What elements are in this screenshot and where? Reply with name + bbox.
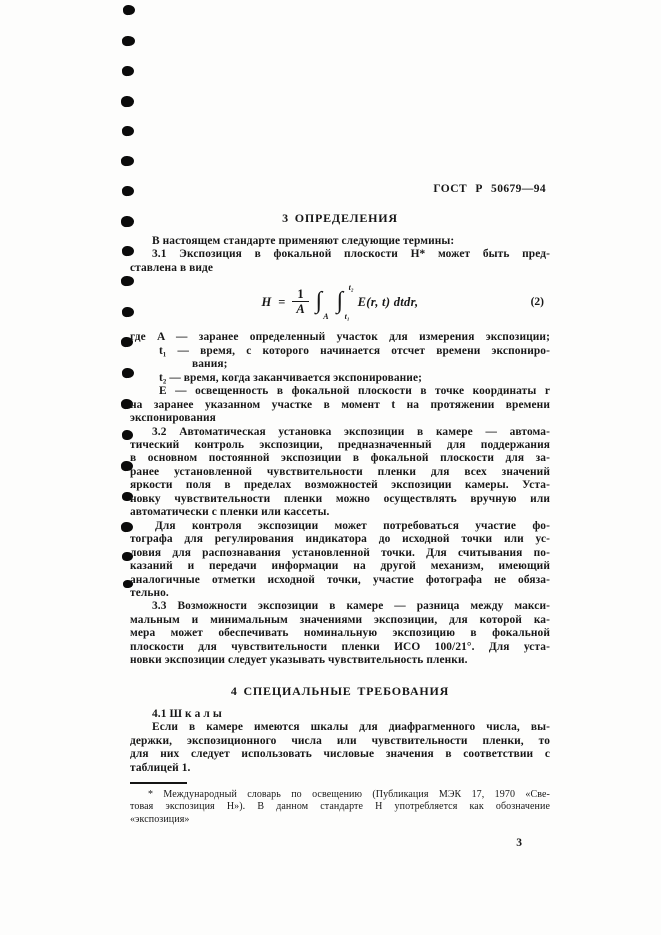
text-line: ловия для распознавания установленной то… (130, 547, 550, 560)
text-line: казаний и передачи информации на другой … (130, 560, 550, 573)
text-line: аналогичные отметки исходной точки, учас… (130, 574, 550, 587)
text-line: тический контроль экспозиции, предназнач… (130, 439, 550, 452)
fraction-denominator: A (296, 302, 304, 316)
text-line: для них следует использовать числовые зн… (130, 748, 550, 761)
text-line: t₁ — время, с которого начинается отсчет… (130, 345, 550, 358)
text-line: новки экспозиции следует указывать чувст… (130, 654, 550, 667)
paragraph-4-1-body: Если в камере имеются шкалы для диафрагм… (130, 721, 550, 775)
scan-artifact (121, 156, 135, 167)
document-number-header: ГОСТ Р 50679—94 (130, 183, 550, 195)
fraction-numerator: 1 (292, 288, 308, 302)
formula-number: (2) (531, 296, 544, 308)
text-after-formula: где A — заранее определенный участок для… (130, 331, 550, 775)
text-line: яркости поля в пределах возможностей экс… (130, 479, 550, 492)
formula-equals: = (278, 295, 285, 310)
integral-over-time: t₂ ∫ t₁ (337, 285, 351, 319)
paragraph-3-1: 3.1 Экспозиция в фокальной плоскости H* … (130, 248, 550, 275)
paragraph-3-2: 3.2 Автоматическая установка экспозиции … (130, 426, 550, 520)
text-line: товая экспозиция H»). В данном стандарте… (130, 801, 550, 813)
text-line: мальным и минимальным значениями экспози… (130, 614, 550, 627)
text-line: вания; (130, 358, 550, 371)
formula-lhs: H (262, 295, 272, 310)
text-line: Если в камере имеются шкалы для диафрагм… (130, 721, 550, 734)
text-line: тографа для регулирования индикатора до … (130, 533, 550, 546)
text-before-formula: 3 ОПРЕДЕЛЕНИЯВ настоящем стандарте приме… (130, 211, 550, 275)
integral-upper-limit: t₂ (349, 283, 354, 292)
scanned-document-page: ГОСТ Р 50679—94 3 ОПРЕДЕЛЕНИЯВ настоящем… (0, 0, 661, 935)
integral-lower-limit: t₁ (345, 312, 350, 321)
text-line: В настоящем стандарте применяют следующи… (130, 235, 550, 248)
text-line: новку чувствительности пленки можно осущ… (130, 493, 550, 506)
scan-artifact (122, 66, 135, 77)
exposure-formula: H = 1 A ∫ A t₂ ∫ t₁ E(r, t) dtdr, (2) (130, 282, 550, 322)
footnote-rule (130, 782, 187, 784)
text-line: ставлена в виде (130, 262, 550, 275)
scan-artifact (121, 96, 135, 108)
text-line: * Международный словарь по освещению (Пу… (130, 789, 550, 801)
text-line: Для контроля экспозиции может потребоват… (130, 520, 550, 533)
page-number: 3 (130, 837, 550, 849)
text-line: ранее установленной чувствительности пле… (130, 466, 550, 479)
text-line: «экспозиция» (130, 814, 550, 826)
integral-over-area: ∫ A (316, 285, 330, 319)
definition-list: где A — заранее определенный участок для… (130, 331, 550, 425)
text-line: где A — заранее определенный участок для… (130, 331, 550, 344)
text-line: E — освещенность в фокальной плоскости в… (130, 385, 550, 398)
footnote: * Международный словарь по освещению (Пу… (130, 789, 550, 826)
integral-lower-limit: A (323, 312, 328, 321)
text-line: в основном постоянной экспозиции в фокал… (130, 452, 550, 465)
text-line: t₂ — время, когда заканчивается экспонир… (130, 372, 550, 385)
paragraph-4-1-title: 4.1 Ш к а л ы (130, 708, 550, 721)
formula-integrand: E(r, t) dtdr, (358, 295, 419, 310)
paragraph-intro: В настоящем стандарте применяют следующи… (130, 235, 550, 248)
text-line: держки, экспозиционного числа или чувств… (130, 735, 550, 748)
text-line: таблицей 1. (130, 762, 550, 775)
formula-fraction: 1 A (292, 288, 308, 316)
integral-icon: ∫ (337, 287, 344, 315)
scan-artifact (123, 5, 136, 16)
text-line: на заранее указанном участке в момент t … (130, 399, 550, 412)
text-line: 3.2 Автоматическая установка экспозиции … (130, 426, 550, 439)
text-line: 3.1 Экспозиция в фокальной плоскости H* … (130, 248, 550, 261)
text-line: 4.1 Ш к а л ы (130, 708, 550, 721)
text-line: плоскости для чувствительности пленки ИС… (130, 641, 550, 654)
page-content: ГОСТ Р 50679—94 3 ОПРЕДЕЛЕНИЯВ настоящем… (130, 183, 550, 849)
scan-artifact (122, 36, 136, 47)
section-3-heading: 3 ОПРЕДЕЛЕНИЯ (130, 211, 550, 226)
scan-artifact (122, 126, 135, 137)
text-line: автоматически с пленки или кассеты. (130, 506, 550, 519)
text-line: 3.3 Возможности экспозиции в камере — ра… (130, 600, 550, 613)
text-line: тельно. (130, 587, 550, 600)
paragraph-3-3: 3.3 Возможности экспозиции в камере — ра… (130, 600, 550, 667)
text-line: мера может обеспечивать номинальную эксп… (130, 627, 550, 640)
integral-icon: ∫ (316, 287, 323, 315)
paragraph-control: Для контроля экспозиции может потребоват… (130, 520, 550, 601)
section-4-heading: 4 СПЕЦИАЛЬНЫЕ ТРЕБОВАНИЯ (130, 684, 550, 699)
text-line: экспонирования (130, 412, 550, 425)
